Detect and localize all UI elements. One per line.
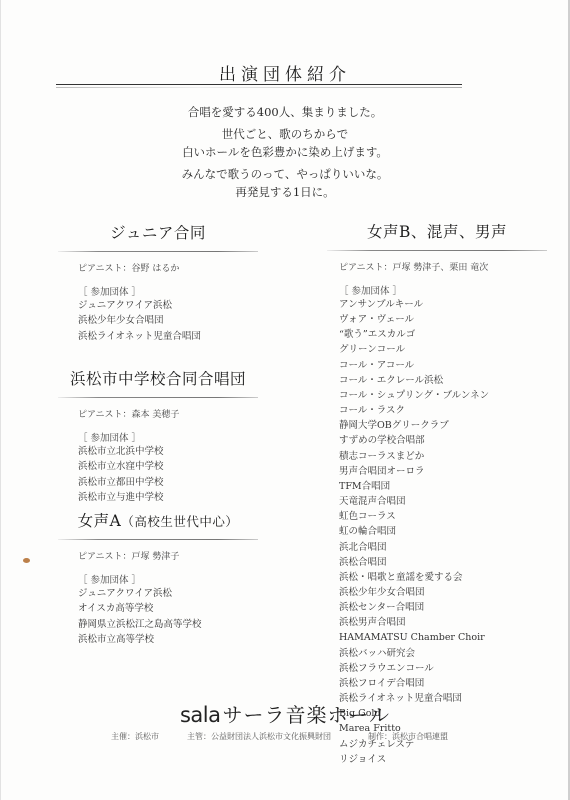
list-item: 静岡県立浜松江之島高等学校 bbox=[78, 617, 258, 632]
list-item: すずめの学校合唱部 bbox=[339, 433, 547, 448]
section-heading-sub: （高校生世代中心） bbox=[121, 514, 238, 529]
list-item: 浜松フラウエンコール bbox=[339, 661, 547, 676]
section-divider bbox=[58, 397, 258, 398]
list-item: 浜松フロイデ合唱団 bbox=[339, 676, 547, 691]
member-list: アンサンブルキールヴォア・ヴェール“歌う”エスカルゴグリーンコールコール・アコー… bbox=[327, 297, 547, 767]
list-item: コール・アコール bbox=[339, 358, 547, 373]
intro-line: みんなで歌うのって、やっぱりいいな。 bbox=[0, 165, 570, 183]
list-item: グリーンコール bbox=[339, 342, 547, 357]
section-middle-school: 浜松市中学校合同合唱団 ピアニスト：森本 美穂子 ［ 参加団体 ］ 浜松市立北浜… bbox=[58, 367, 258, 505]
members-label: ［ 参加団体 ］ bbox=[78, 430, 258, 444]
venue-name: サーラ音楽ホール bbox=[222, 703, 390, 727]
credit-organizer: 主催：浜松市 bbox=[111, 731, 159, 742]
list-item: “歌う”エスカルゴ bbox=[339, 327, 547, 342]
intro-text: 合唱を愛する400人、集まりました。 世代ごと、歌のちからで 白いホールを色彩豊… bbox=[0, 103, 570, 201]
list-item: ジュニアクワイア浜松 bbox=[78, 586, 258, 601]
pianist-credit: ピアニスト：戸塚 勢津子 bbox=[78, 549, 258, 562]
list-item: 浜松ライオネット児童合唱団 bbox=[78, 329, 258, 344]
pianist-credit: ピアニスト：森本 美穂子 bbox=[78, 407, 258, 420]
section-divider bbox=[327, 250, 547, 251]
list-item: 積志コーラスまどか bbox=[339, 449, 547, 464]
list-item: オイスカ高等学校 bbox=[78, 601, 258, 616]
list-item: ヴォア・ヴェール bbox=[339, 312, 547, 327]
credit-production: 制作：浜松市合唱連盟 bbox=[368, 731, 448, 742]
page-title: 出演団体紹介 bbox=[0, 60, 570, 85]
list-item: 浜松合唱団 bbox=[339, 555, 547, 570]
section-junior: ジュニア合同 ピアニスト：谷野 はるか ［ 参加団体 ］ ジュニアクワイア浜松 … bbox=[58, 221, 258, 344]
list-item: TFM合唱団 bbox=[339, 479, 547, 494]
list-item: アンサンブルキール bbox=[339, 297, 547, 312]
list-item: 静岡大学OBグリークラブ bbox=[339, 418, 547, 433]
sala-logo-mark: sala bbox=[180, 703, 221, 727]
list-item: 男声合唱団オーロラ bbox=[339, 464, 547, 479]
list-item: 虹の輪合唱団 bbox=[339, 524, 547, 539]
list-item: HAMAMATSU Chamber Choir bbox=[339, 630, 547, 645]
members-label: ［ 参加団体 ］ bbox=[78, 284, 258, 298]
section-heading: 女声B、混声、男声 bbox=[327, 220, 547, 242]
member-list: ジュニアクワイア浜松 浜松少年少女合唱団 浜松ライオネット児童合唱団 bbox=[58, 298, 258, 344]
list-item: ジュニアクワイア浜松 bbox=[78, 298, 258, 313]
list-item: コール・エクレール浜松 bbox=[339, 373, 547, 388]
list-item: 浜松バッハ研究会 bbox=[339, 646, 547, 661]
section-heading: 浜松市中学校合同合唱団 bbox=[58, 367, 258, 389]
list-item: 虹色コーラス bbox=[339, 509, 547, 524]
section-heading: ジュニア合同 bbox=[58, 221, 258, 243]
credit-management: 主管：公益財団法人浜松市文化振興財団 bbox=[187, 731, 331, 742]
list-item: 浜松市立都田中学校 bbox=[78, 475, 258, 490]
list-item: コール・シュプリング・ブルンネン bbox=[339, 388, 547, 403]
list-item: 浜松センター合唱団 bbox=[339, 600, 547, 615]
section-women-a: 女声A（高校生世代中心） ピアニスト：戸塚 勢津子 ［ 参加団体 ］ ジュニアク… bbox=[58, 509, 258, 647]
title-divider-secondary bbox=[56, 87, 462, 88]
venue-logo: salaサーラ音楽ホール bbox=[0, 699, 570, 728]
member-list: 浜松市立北浜中学校 浜松市立水窪中学校 浜松市立都田中学校 浜松市立与進中学校 bbox=[58, 444, 258, 505]
list-item: 浜松市立北浜中学校 bbox=[78, 444, 258, 459]
section-divider bbox=[58, 539, 258, 540]
list-item: リジョイス bbox=[339, 752, 547, 767]
title-divider bbox=[56, 84, 462, 85]
list-item: 浜松男声合唱団 bbox=[339, 615, 547, 630]
members-label: ［ 参加団体 ］ bbox=[78, 572, 258, 586]
section-women-b-mixed-men: 女声B、混声、男声 ピアニスト：戸塚 勢津子、栗田 竜次 ［ 参加団体 ］ アン… bbox=[327, 220, 547, 767]
intro-line: 世代ごと、歌のちからで bbox=[0, 125, 570, 143]
section-divider bbox=[58, 251, 258, 252]
pianist-credit: ピアニスト：戸塚 勢津子、栗田 竜次 bbox=[339, 260, 547, 273]
members-label: ［ 参加団体 ］ bbox=[327, 283, 547, 297]
section-heading: 女声A（高校生世代中心） bbox=[58, 509, 258, 531]
paper-stain bbox=[23, 558, 30, 563]
pianist-credit: ピアニスト：谷野 はるか bbox=[78, 261, 258, 274]
list-item: コール・ラスク bbox=[339, 403, 547, 418]
intro-line: 再発見する1日に。 bbox=[0, 183, 570, 201]
list-item: 浜松少年少女合唱団 bbox=[339, 585, 547, 600]
list-item: 浜松少年少女合唱団 bbox=[78, 313, 258, 328]
list-item: 浜松市立水窪中学校 bbox=[78, 459, 258, 474]
list-item: 浜松市立与進中学校 bbox=[78, 490, 258, 505]
intro-line: 白いホールを色彩豊かに染め上げます。 bbox=[0, 143, 570, 161]
list-item: 浜松市立高等学校 bbox=[78, 632, 258, 647]
list-item: 浜松・唱歌と童謡を愛する会 bbox=[339, 570, 547, 585]
intro-line: 合唱を愛する400人、集まりました。 bbox=[0, 103, 570, 121]
list-item: 天竜混声合唱団 bbox=[339, 494, 547, 509]
section-heading-main: 女声A bbox=[78, 512, 122, 530]
member-list: ジュニアクワイア浜松 オイスカ高等学校 静岡県立浜松江之島高等学校 浜松市立高等… bbox=[58, 586, 258, 647]
list-item: 浜北合唱団 bbox=[339, 540, 547, 555]
